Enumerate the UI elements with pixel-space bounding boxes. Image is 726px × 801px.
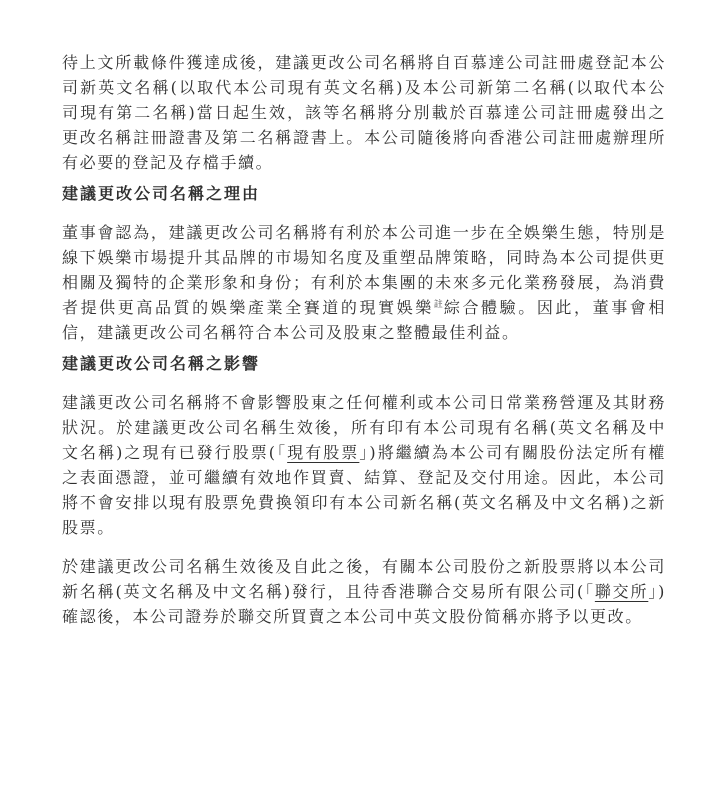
text-segment-superscript: 註 bbox=[434, 300, 444, 310]
text-segment: 待上文所載條件獲達成後，建議更改公司名稱將自百慕達公司註冊處登記本公司新英文名稱… bbox=[62, 53, 666, 172]
para-effects-of-name-change: 建議更改公司名稱將不會影響股東之任何權利或本公司日常業務營運及其財務狀況。於建議… bbox=[62, 390, 666, 540]
para-new-share-certificates: 於建議更改公司名稱生效後及自此之後，有關本公司股份之新股票將以本公司新名稱(英文… bbox=[62, 554, 666, 629]
para-reasons-for-name-change: 董事會認為，建議更改公司名稱將有利於本公司進一步在全娛樂生態，特別是線下娛樂市場… bbox=[62, 220, 666, 345]
text-segment: 建議更改公司名稱之影響 bbox=[62, 354, 260, 373]
text-segment-underline: 現有股票 bbox=[287, 443, 359, 462]
heading-reasons-for-name-change: 建議更改公司名稱之理由 bbox=[62, 181, 666, 206]
document-page: 待上文所載條件獲達成後，建議更改公司名稱將自百慕達公司註冊處登記本公司新英文名稱… bbox=[0, 0, 726, 801]
document-body: 待上文所載條件獲達成後，建議更改公司名稱將自百慕達公司註冊處登記本公司新英文名稱… bbox=[62, 50, 666, 629]
para-name-change-effective: 待上文所載條件獲達成後，建議更改公司名稱將自百慕達公司註冊處登記本公司新英文名稱… bbox=[62, 50, 666, 175]
text-segment: 建議更改公司名稱之理由 bbox=[62, 184, 260, 203]
text-segment: 於建議更改公司名稱生效後及自此之後，有關本公司股份之新股票將以本公司新名稱(英文… bbox=[62, 557, 666, 601]
text-segment-underline: 聯交所 bbox=[595, 582, 648, 601]
heading-effects-of-name-change: 建議更改公司名稱之影響 bbox=[62, 351, 666, 376]
